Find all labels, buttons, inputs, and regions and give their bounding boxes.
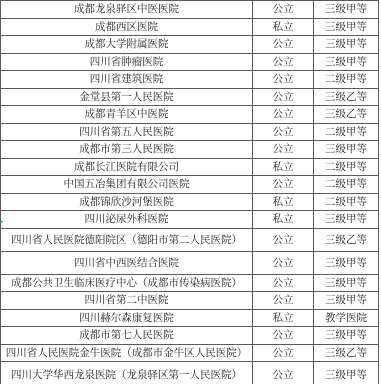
ownership-cell[interactable]: 公立	[253, 106, 314, 124]
hospital-name-cell[interactable]: 成都锦欣沙河堡医院	[1, 193, 253, 211]
grade-cell[interactable]: 三级乙等	[314, 88, 379, 106]
table-row: 四川省肿瘤医院公立三级甲等	[1, 53, 379, 71]
hospital-name-cell[interactable]: 四川省第五人民医院	[1, 123, 253, 141]
ownership-cell[interactable]: 公立	[253, 176, 314, 194]
table-row: 成都青羊区中医院公立三级乙等	[1, 106, 379, 124]
hospital-name-cell[interactable]: 四川省肿瘤医院	[1, 53, 253, 71]
grade-cell[interactable]: 二级甲等	[314, 176, 379, 194]
grade-cell[interactable]: 二级甲等	[314, 193, 379, 211]
grade-cell[interactable]: 教学医院	[314, 309, 379, 327]
table-row: 金堂县第一人民医院公立三级乙等	[1, 88, 379, 106]
hospital-name-cell[interactable]: 成都龙泉驿区中医医院	[1, 1, 253, 19]
table-row: 四川大学华西龙泉医院（龙泉驿区第一人民医院）公立三级甲等	[1, 362, 379, 384]
hospital-name-cell[interactable]: 成都青羊区中医院	[1, 106, 253, 124]
ownership-cell[interactable]: 公立	[253, 228, 314, 251]
grade-cell[interactable]: 二级甲等	[314, 71, 379, 89]
hospital-name-cell[interactable]: 金堂县第一人民医院	[1, 88, 253, 106]
hospital-table: 成都龙泉驿区中医医院公立三级甲等 成都西区医院私立三级甲等 成都大学附属医院公立…	[0, 0, 379, 384]
hospital-name-cell[interactable]: 四川省中西医结合医院	[1, 251, 253, 274]
hospital-name-cell[interactable]: 四川省第二中医院	[1, 292, 253, 310]
hospital-name-cell[interactable]: 成都西区医院	[1, 18, 253, 36]
hospital-name-cell[interactable]: 成都公共卫生临床医疗中心（成都市传染病医院）	[1, 274, 253, 292]
table-row: 四川省人民医院金牛医院（成都市金牛区人民医院）公立三级乙等	[1, 344, 379, 362]
ownership-cell[interactable]: 公立	[253, 274, 314, 292]
ownership-cell[interactable]: 公立	[253, 123, 314, 141]
ownership-cell[interactable]: 公立	[253, 141, 314, 159]
grade-cell[interactable]: 三级甲等	[314, 251, 379, 274]
table-row: 成都长江医院有限公司私立二级甲等	[1, 158, 379, 176]
hospital-name-cell[interactable]: 四川泌尿外科医院	[1, 211, 253, 229]
ownership-cell[interactable]: 私立	[253, 309, 314, 327]
ownership-cell[interactable]: 公立	[253, 88, 314, 106]
ownership-cell[interactable]: 公立	[253, 327, 314, 345]
table-row: 四川泌尿外科医院私立三级甲等	[1, 211, 379, 229]
grade-cell[interactable]: 三级甲等	[314, 211, 379, 229]
cell-comment-marker	[0, 221, 3, 224]
grade-cell[interactable]: 三级甲等	[314, 36, 379, 54]
ownership-cell[interactable]: 公立	[253, 53, 314, 71]
grade-cell[interactable]: 三级乙等	[314, 106, 379, 124]
grade-cell[interactable]: 三级乙等	[314, 344, 379, 362]
grade-cell[interactable]: 二级甲等	[314, 158, 379, 176]
table-row: 成都公共卫生临床医疗中心（成都市传染病医院）公立三级甲等	[1, 274, 379, 292]
hospital-name-cell[interactable]: 四川大学华西龙泉医院（龙泉驿区第一人民医院）	[1, 362, 253, 384]
table-row: 四川省中西医结合医院公立三级甲等	[1, 251, 379, 274]
table-row: 四川赫尔森康复医院私立教学医院	[1, 309, 379, 327]
ownership-cell[interactable]: 私立	[253, 193, 314, 211]
grade-cell[interactable]: 三级甲等	[314, 292, 379, 310]
grade-cell[interactable]: 三级甲等	[314, 18, 379, 36]
grade-cell[interactable]: 三级甲等	[314, 274, 379, 292]
table-row: 成都大学附属医院公立三级甲等	[1, 36, 379, 54]
ownership-cell[interactable]: 公立	[253, 71, 314, 89]
hospital-name-cell[interactable]: 四川省人民医院德阳院区（德阳市第二人民医院）	[1, 228, 253, 251]
grade-cell[interactable]: 三级甲等	[314, 53, 379, 71]
table-row: 中国五冶集团有限公司医院公立二级甲等	[1, 176, 379, 194]
table-row: 成都锦欣沙河堡医院私立二级甲等	[1, 193, 379, 211]
ownership-cell[interactable]: 私立	[253, 158, 314, 176]
ownership-cell[interactable]: 公立	[253, 344, 314, 362]
table-row: 成都西区医院私立三级甲等	[1, 18, 379, 36]
table-row: 成都市第七人民医院公立三级甲等	[1, 327, 379, 345]
ownership-cell[interactable]: 公立	[253, 362, 314, 384]
hospital-name-cell[interactable]: 成都大学附属医院	[1, 36, 253, 54]
table-row: 四川省第五人民医院公立二级甲等	[1, 123, 379, 141]
hospital-name-cell[interactable]: 成都市第七人民医院	[1, 327, 253, 345]
grade-cell[interactable]: 三级甲等	[314, 362, 379, 384]
grade-cell[interactable]: 三级乙等	[314, 228, 379, 251]
ownership-cell[interactable]: 公立	[253, 292, 314, 310]
grade-cell[interactable]: 三级甲等	[314, 1, 379, 19]
grade-cell[interactable]: 三级甲等	[314, 327, 379, 345]
ownership-cell[interactable]: 私立	[253, 18, 314, 36]
grade-cell[interactable]: 二级甲等	[314, 123, 379, 141]
grade-cell[interactable]: 三级甲等	[314, 141, 379, 159]
table-body: 成都龙泉驿区中医医院公立三级甲等 成都西区医院私立三级甲等 成都大学附属医院公立…	[1, 1, 379, 384]
ownership-cell[interactable]: 私立	[253, 211, 314, 229]
table-row: 成都龙泉驿区中医医院公立三级甲等	[1, 1, 379, 19]
table-row: 四川省建筑医院公立二级甲等	[1, 71, 379, 89]
hospital-name-cell[interactable]: 成都市第三人民医院	[1, 141, 253, 159]
ownership-cell[interactable]: 公立	[253, 36, 314, 54]
hospital-name-cell[interactable]: 成都长江医院有限公司	[1, 158, 253, 176]
hospital-name-cell[interactable]: 中国五冶集团有限公司医院	[1, 176, 253, 194]
ownership-cell[interactable]: 公立	[253, 251, 314, 274]
table-row: 四川省第二中医院公立三级甲等	[1, 292, 379, 310]
ownership-cell[interactable]: 公立	[253, 1, 314, 19]
hospital-name-cell[interactable]: 四川省人民医院金牛医院（成都市金牛区人民医院）	[1, 344, 253, 362]
hospital-name-cell[interactable]: 四川赫尔森康复医院	[1, 309, 253, 327]
table-row: 成都市第三人民医院公立三级甲等	[1, 141, 379, 159]
table-row: 四川省人民医院德阳院区（德阳市第二人民医院）公立三级乙等	[1, 228, 379, 251]
hospital-name-cell[interactable]: 四川省建筑医院	[1, 71, 253, 89]
